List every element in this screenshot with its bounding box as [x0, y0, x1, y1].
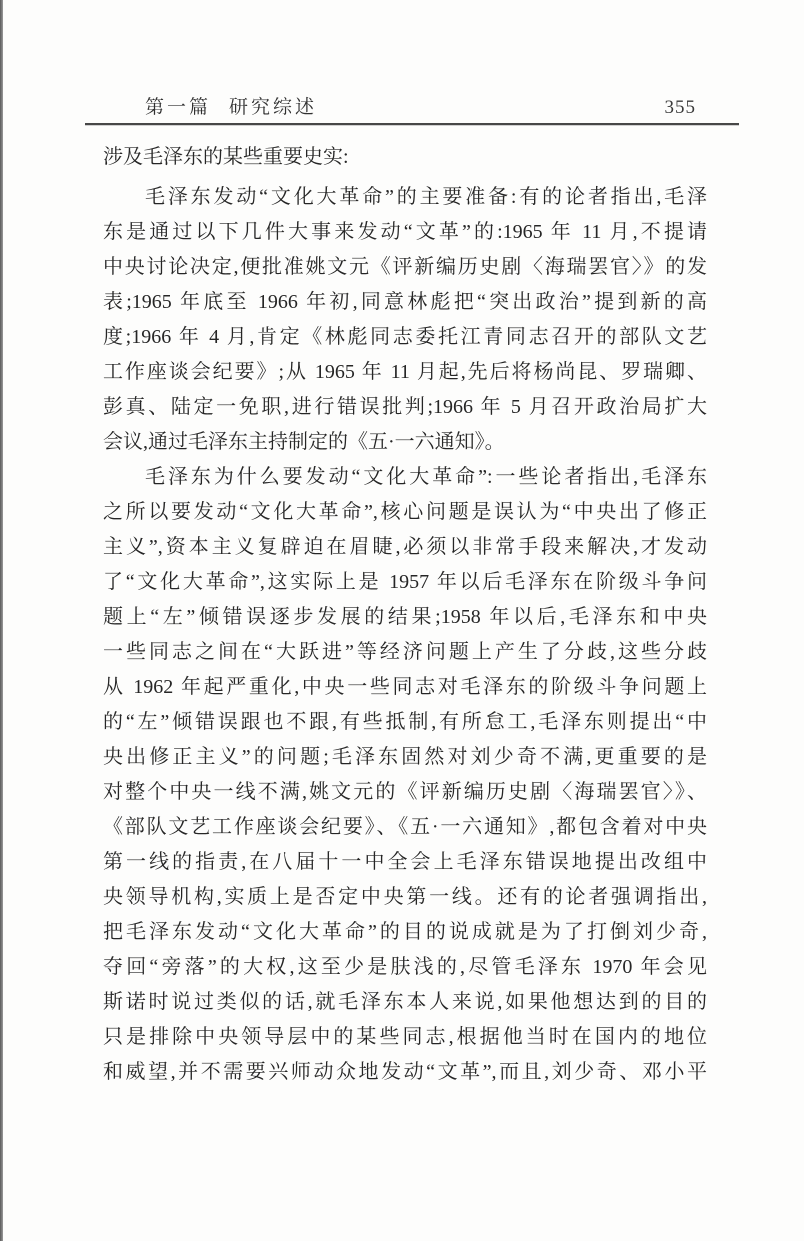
text-line: 央出修正主义”的问题;毛泽东固然对刘少奇不满,更重要的是 — [103, 740, 707, 775]
header-rule — [85, 123, 739, 125]
text-line: 一些同志之间在“大跃进”等经济问题上产生了分歧,这些分歧 — [103, 635, 707, 670]
text-line: 夺回“旁落”的大权,这至少是肤浅的,尽管毛泽东 1970 年会见 — [103, 950, 707, 985]
text-line: 只是排除中央领导层中的某些同志,根据他当时在国内的地位 — [103, 1020, 707, 1055]
text-line: 第一线的指责,在八届十一中全会上毛泽东错误地提出改组中 — [103, 845, 707, 880]
text-line: 中央讨论决定,便批准姚文元《评新编历史剧〈海瑞罢官〉》的发 — [103, 250, 707, 285]
text-line: 之所以要发动“文化大革命”,核心问题是误认为“中央出了修正 — [103, 495, 707, 530]
running-title: 第一篇研究综述 — [145, 92, 317, 119]
text-line: 的“左”倾错误跟也不跟,有些抵制,有所怠工,毛泽东则提出“中 — [103, 705, 707, 740]
text-line: 了“文化大革命”,这实际上是 1957 年以后毛泽东在阶级斗争问 — [103, 565, 707, 600]
text-line: 主义”,资本主义复辟迫在眉睫,必须以非常手段来解决,才发动 — [103, 530, 707, 565]
text-line: 毛泽东发动“文化大革命”的主要准备:有的论者指出,毛泽 — [103, 180, 707, 215]
text-line: 度;1966 年 4 月,肯定《林彪同志委托江青同志召开的部队文艺 — [103, 320, 707, 355]
page-header: 第一篇研究综述 355 — [145, 92, 696, 119]
text-line: 《部队文艺工作座谈会纪要》、《五·一六通知》,都包含着对中央 — [103, 810, 707, 845]
text-line: 对整个中央一线不满,姚文元的《评新编历史剧〈海瑞罢官〉》、 — [103, 775, 707, 810]
scanned-book-page: 第一篇研究综述 355 涉及毛泽东的某些重要史实:毛泽东发动“文化大革命”的主要… — [0, 0, 804, 1241]
text-line: 表;1965 年底至 1966 年初,同意林彪把“突出政治”提到新的高 — [103, 285, 707, 320]
text-line: 从 1962 年起严重化,中央一些同志对毛泽东的阶级斗争问题上 — [103, 670, 707, 705]
text-line: 央领导机构,实质上是否定中央第一线。还有的论者强调指出, — [103, 880, 707, 915]
text-line: 把毛泽东发动“文化大革命”的目的说成就是为了打倒刘少奇, — [103, 915, 707, 950]
text-line: 工作座谈会纪要》;从 1965 年 11 月起,先后将杨尚昆、罗瑞卿、 — [103, 355, 707, 390]
scan-edge-line — [0, 0, 3, 1241]
section-label: 第一篇 — [145, 97, 211, 118]
body-text: 涉及毛泽东的某些重要史实:毛泽东发动“文化大革命”的主要准备:有的论者指出,毛泽… — [103, 140, 707, 1090]
text-line: 会议,通过毛泽东主持制定的《五·一六通知》。 — [103, 425, 707, 460]
text-line: 斯诺时说过类似的话,就毛泽东本人来说,如果他想达到的目的 — [103, 985, 707, 1020]
text-line: 涉及毛泽东的某些重要史实: — [103, 140, 707, 175]
chapter-title: 研究综述 — [229, 97, 317, 118]
text-line: 和威望,并不需要兴师动众地发动“文革”,而且,刘少奇、邓小平 — [103, 1055, 707, 1090]
text-line: 毛泽东为什么要发动“文化大革命”:一些论者指出,毛泽东 — [103, 460, 707, 495]
text-line: 东是通过以下几件大事来发动“文革”的:1965 年 11 月,不提请 — [103, 215, 707, 250]
page-number: 355 — [665, 97, 697, 119]
text-line: 题上“左”倾错误逐步发展的结果;1958 年以后,毛泽东和中央 — [103, 600, 707, 635]
text-line: 彭真、陆定一免职,进行错误批判;1966 年 5 月召开政治局扩大 — [103, 390, 707, 425]
